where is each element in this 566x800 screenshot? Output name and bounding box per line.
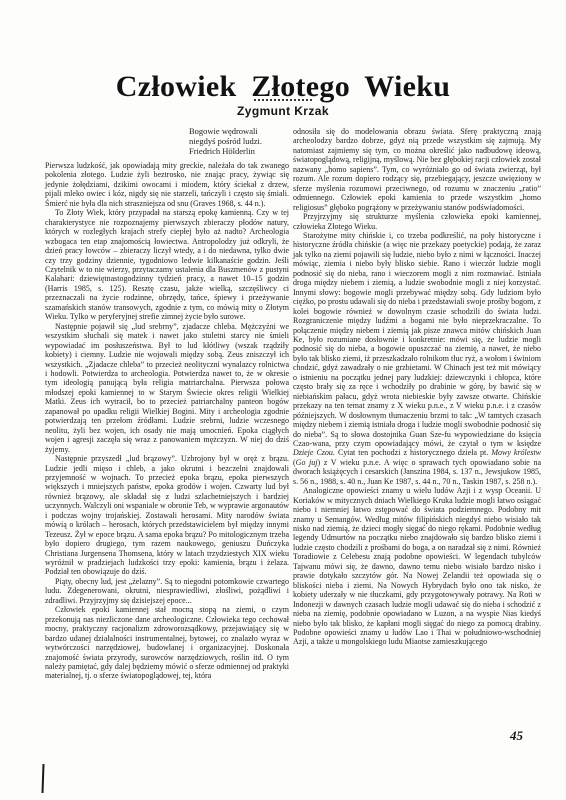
paragraph: Pierwsza ludzkość, jak opowiadają mity g…	[45, 161, 289, 208]
book-title: Go juj	[296, 458, 318, 467]
epigraph-line: Bogowie wędrowali	[189, 126, 299, 136]
paragraph: Następnie przyszedł „lud brązowy”. Uzbro…	[45, 454, 289, 577]
paragraph: Następnie pojawił się „lud srebrny”, zja…	[45, 322, 289, 454]
epigraph-attribution: Friedrich Hölderlin	[189, 146, 299, 156]
left-column: Pierwsza ludzkość, jak opowiadają mity g…	[45, 161, 289, 681]
paragraph-text: ) z V wieku p.n.e. A więc o sprawach tyc…	[293, 458, 541, 486]
paragraph-text: Starożytne mity chińskie i, co trzeba po…	[293, 231, 541, 448]
epigraph-line: niegdyś pośród ludzi.	[189, 136, 299, 146]
paragraph: Starożytne mity chińskie i, co trzeba po…	[293, 231, 541, 486]
paragraph: Analogiczne opowieści znamy u wielu ludó…	[293, 486, 541, 647]
epigraph: Bogowie wędrowali niegdyś pośród ludzi. …	[189, 126, 299, 156]
paragraph-text: . Cytat ten pochodzi z historycznego dzi…	[333, 448, 491, 457]
paragraph: odnosiła się do modelowania obrazu świat…	[293, 127, 541, 212]
title-divider	[254, 99, 312, 101]
paragraph: To Złoty Wiek, który przypadał na starsz…	[45, 208, 289, 321]
scanned-article-page: Człowiek Złotego Wieku Zygmunt Krzak Bog…	[0, 0, 566, 800]
paragraph: Przyjrzyjmy się strukturze myślenia czło…	[293, 212, 541, 231]
paragraph: Człowiek epoki kamiennej stał mocną stop…	[45, 605, 289, 681]
author-byline: Zygmunt Krzak	[0, 104, 566, 118]
paragraph: Piąty, obecny lud, jest „żelazny”. Są to…	[45, 577, 289, 605]
book-title: Dzieje Czou	[293, 448, 333, 457]
margin-tick-mark	[41, 764, 44, 793]
page-number: 45	[510, 728, 523, 744]
book-title: Mowy królestw	[491, 448, 541, 457]
right-column: odnosiła się do modelowania obrazu świat…	[293, 127, 541, 647]
